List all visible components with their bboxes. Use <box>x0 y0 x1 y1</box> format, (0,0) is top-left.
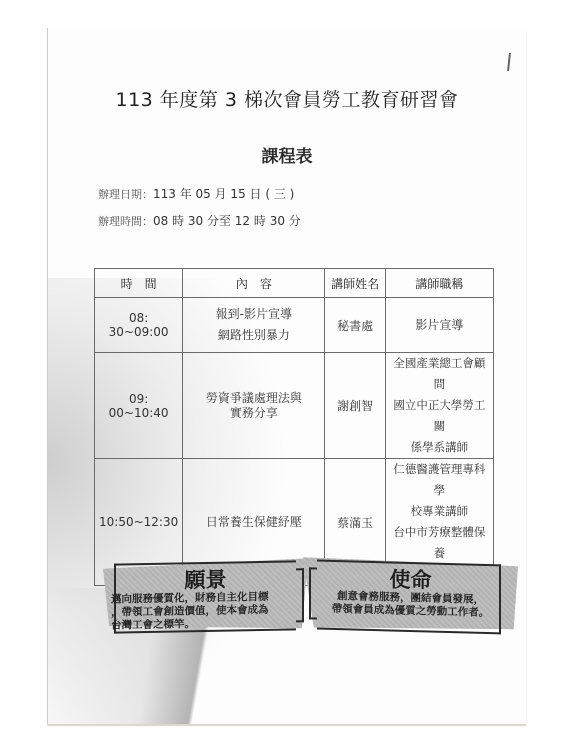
stray-pen-mark <box>507 53 511 71</box>
document-title: 113 年度第 3 梯次會員勞工教育研習會 <box>48 85 526 112</box>
cell-time: 08: 30~09:00 <box>95 298 183 353</box>
event-date: 辦理日期：113 年 05 月 15 日 ( 三 ) <box>98 185 294 202</box>
event-time-value: 08 時 30 分至 12 時 30 分 <box>153 214 301 228</box>
title-line: 影片宣導 <box>390 315 489 336</box>
header-time: 時 間 <box>95 269 183 298</box>
cell-speaker: 秘書處 <box>325 298 385 353</box>
content-line: 網路性別暴力 <box>187 325 320 346</box>
header-speaker: 講師姓名 <box>325 269 385 298</box>
vision-text: 邁向服務優質化，財務自主化目標 ，帶領工會創造價值，使本會成為 台灣工會之標竿。 <box>111 590 301 632</box>
event-time-label: 辦理時間： <box>98 215 153 228</box>
cell-time: 09: 00~10:40 <box>95 353 183 459</box>
content-line: 實務分享 <box>187 406 320 421</box>
table-row: 08: 30~09:00 報到-影片宣導 網路性別暴力 秘書處 影片宣導 <box>95 298 494 353</box>
scanned-page: 113 年度第 3 梯次會員勞工教育研習會 課程表 辦理日期：113 年 05 … <box>47 28 526 724</box>
cell-content: 報到-影片宣導 網路性別暴力 <box>183 298 325 353</box>
title-line: 校專業講師 <box>390 501 489 522</box>
table-header-row: 時 間 內 容 講師姓名 講師職稱 <box>95 269 494 298</box>
title-line: 全國產業總工會顧問 <box>390 353 489 395</box>
title-line: 台中市芳療整體保養 <box>390 522 489 564</box>
title-line: 國立中正大學勞工關 <box>390 395 489 437</box>
content-line: 報到-影片宣導 <box>187 304 320 325</box>
vision-banner: 願景 邁向服務優質化，財務自主化目標 ，帶領工會創造價值，使本會成為 台灣工會之… <box>103 558 308 632</box>
title-line: 仁德醫護管理專科學 <box>390 459 489 501</box>
content-line: 日常養生保健紓壓 <box>187 512 320 533</box>
event-date-label: 辦理日期： <box>98 188 153 201</box>
event-date-value: 113 年 05 月 15 日 ( 三 ) <box>153 187 294 201</box>
header-content: 內 容 <box>183 269 325 298</box>
cell-speaker: 謝創智 <box>325 353 385 459</box>
table-row: 09: 00~10:40 勞資爭議處理法與 實務分享 謝創智 全國產業總工會顧問… <box>95 353 494 459</box>
content-line: 勞資爭議處理法與 <box>187 391 320 406</box>
title-line: 係學系講師 <box>390 437 489 458</box>
cell-speaker-title: 全國產業總工會顧問 國立中正大學勞工關 係學系講師 <box>385 353 493 459</box>
document-subtitle: 課程表 <box>48 142 526 167</box>
header-speaker-title: 講師職稱 <box>385 269 493 298</box>
cell-speaker-title: 影片宣導 <box>385 298 493 353</box>
schedule-table: 時 間 內 容 講師姓名 講師職稱 08: 30~09:00 報到-影片宣導 網… <box>94 268 494 586</box>
mission-banner: 使命 創意會務服務，團結會員發展， 帶領會員成為優質之勞動工作者。 <box>303 557 518 633</box>
event-time: 辦理時間：08 時 30 分至 12 時 30 分 <box>98 212 301 229</box>
cell-content: 勞資爭議處理法與 實務分享 <box>183 353 325 459</box>
